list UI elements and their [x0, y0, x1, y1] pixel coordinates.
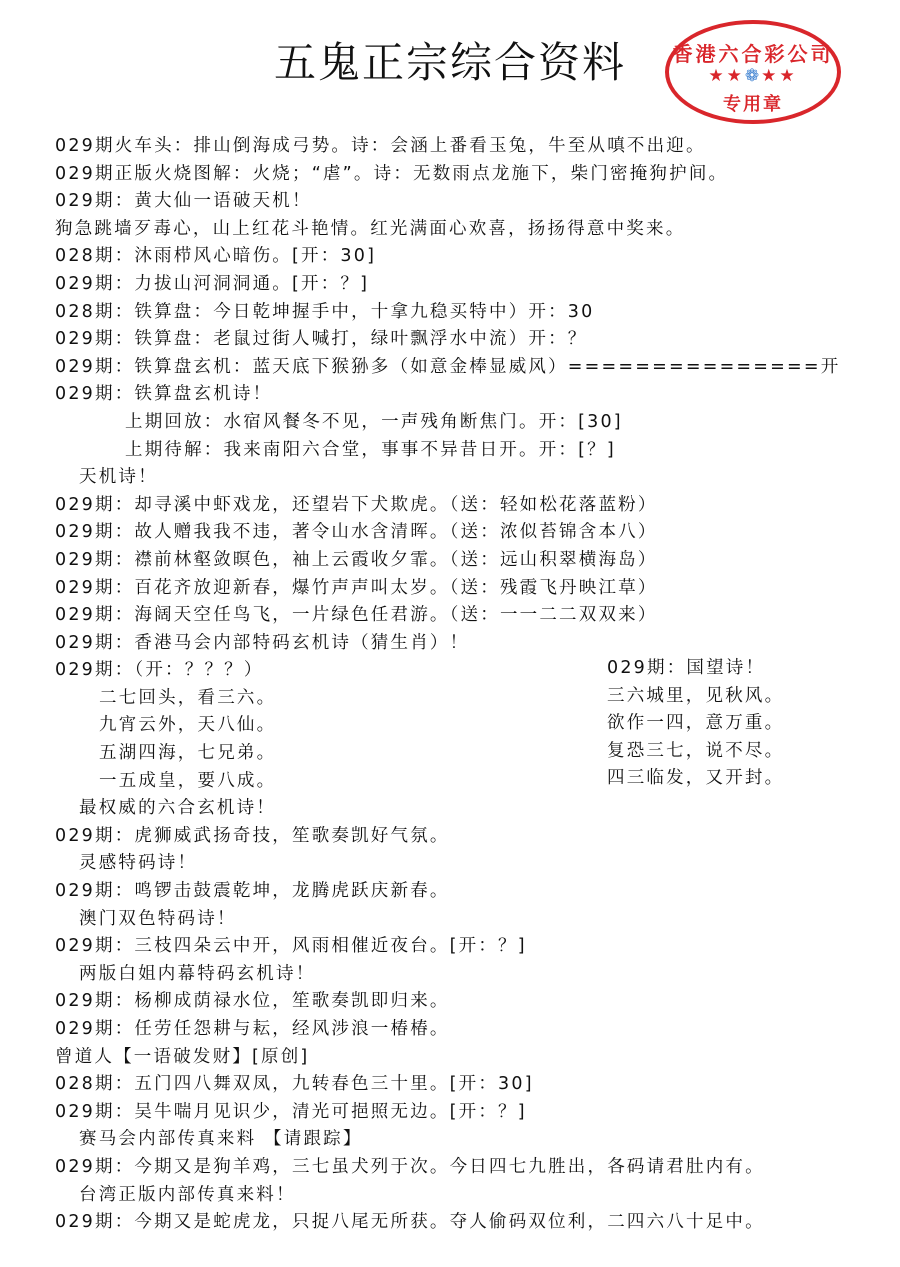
text-line: 灵感特码诗！: [55, 850, 895, 878]
text-line: 029期：却寻溪中虾戏龙，还望岩下犬欺虎。（送：轻如松花落蓝粉）: [55, 492, 895, 520]
text-line: 029期火车头：排山倒海成弓势。诗：会涵上番看玉兔，牛至从嗔不出迎。: [55, 133, 895, 161]
text-line: 028期：五门四八舞双凤，九转春色三十里。[开：30]: [55, 1071, 895, 1099]
text-line: 029期：海阔天空任鸟飞，一片绿色任君游。（送：一一二二双双来）: [55, 602, 895, 630]
text-line: 最权威的六合玄机诗！: [55, 795, 895, 823]
text-line: 029期：今期又是蛇虎龙，只捉八尾无所获。夺人偷码双位利，二四六八十足中。: [55, 1209, 895, 1237]
text-line: 029期正版火烧图解：火烧；“虐”。诗：无数雨点龙施下，柴门密掩狗护间。: [55, 161, 895, 189]
text-line: 029期：黄大仙一语破天机！: [55, 188, 895, 216]
text-line: 台湾正版内部传真来料！: [55, 1182, 895, 1210]
text-line: 029期：香港马会内部特码玄机诗（猜生肖）！: [55, 630, 895, 658]
text-line: 029期：今期又是狗羊鸡，三七虽犬列于次。今日四七九胜出，各码请君肚内有。: [55, 1154, 895, 1182]
text-line: 029期：铁算盘玄机：蓝天底下猴狲多（如意金棒显威风）=============…: [55, 354, 895, 382]
text-line: 029期：三枝四朵云中开，风雨相催近夜台。[开：？]: [55, 933, 895, 961]
text-line: 狗急跳墙歹毒心，山上红花斗艳情。红光满面心欢喜，扬扬得意中奖来。: [55, 216, 895, 244]
side-poem-verse: 三六城里，见秋风。: [607, 683, 784, 711]
text-line: 上期待解：我来南阳六合堂，事事不异昔日开。开：[？]: [55, 437, 895, 465]
side-poem-heading: 029期：国望诗！: [607, 655, 784, 683]
side-poem: 029期：国望诗！ 三六城里，见秋风。 欲作一四，意万重。 复恐三七，说不尽。 …: [607, 655, 784, 793]
text-line: 028期：沐雨栉风心暗伤。[开：30]: [55, 243, 895, 271]
text-line: 029期：虎狮威武扬奇技，笙歌奏凯好气氛。: [55, 823, 895, 851]
text-line: 028期：铁算盘：今日乾坤握手中，十拿九稳买特中）开：30: [55, 299, 895, 327]
side-poem-verse: 复恐三七，说不尽。: [607, 738, 784, 766]
company-seal-stamp: 香港六合彩公司 ★★❁★★ 专用章: [665, 20, 841, 124]
text-line: 029期：力拔山河洞洞通。[开：？]: [55, 271, 895, 299]
text-line: 029期：杨柳成荫禄水位，笙歌奏凯即归来。: [55, 988, 895, 1016]
text-line: 029期：故人赠我我不违，著令山水含清晖。（送：浓似苔锦含本八）: [55, 519, 895, 547]
stamp-stars-icon: ★★❁★★: [669, 66, 837, 86]
side-poem-verse: 四三临发，又开封。: [607, 765, 784, 793]
text-line: 029期：铁算盘：老鼠过街人喊打，绿叶飘浮水中流）开：？: [55, 326, 895, 354]
stamp-top-text: 香港六合彩公司: [669, 38, 837, 67]
text-line: 029期：鸣锣击鼓震乾坤，龙腾虎跃庆新春。: [55, 878, 895, 906]
text-line: 天机诗！: [55, 464, 895, 492]
text-line: 029期：铁算盘玄机诗！: [55, 381, 895, 409]
side-poem-verse: 欲作一四，意万重。: [607, 710, 784, 738]
text-line: 澳门双色特码诗！: [55, 906, 895, 934]
text-line: 赛马会内部传真来料 【请跟踪】: [55, 1126, 895, 1154]
text-line: 两版白姐内幕特码玄机诗！: [55, 961, 895, 989]
text-line: 029期：襟前林壑敛暝色，袖上云霞收夕霏。（送：远山积翠横海岛）: [55, 547, 895, 575]
text-line: 029期：任劳任怨耕与耘，经风涉浪一椿椿。: [55, 1016, 895, 1044]
text-line: 曾道人【一语破发财】[原创]: [55, 1044, 895, 1072]
flower-icon: ❁: [745, 66, 761, 86]
stamp-bottom-text: 专用章: [669, 90, 837, 116]
text-line: 029期：吴牛喘月见识少，清光可挹照无边。[开：？]: [55, 1099, 895, 1127]
text-line: 上期回放：水宿风餐冬不见，一声残角断焦门。开：[30]: [55, 409, 895, 437]
text-line: 029期：百花齐放迎新春，爆竹声声叫太岁。（送：残霞飞丹映江草）: [55, 575, 895, 603]
